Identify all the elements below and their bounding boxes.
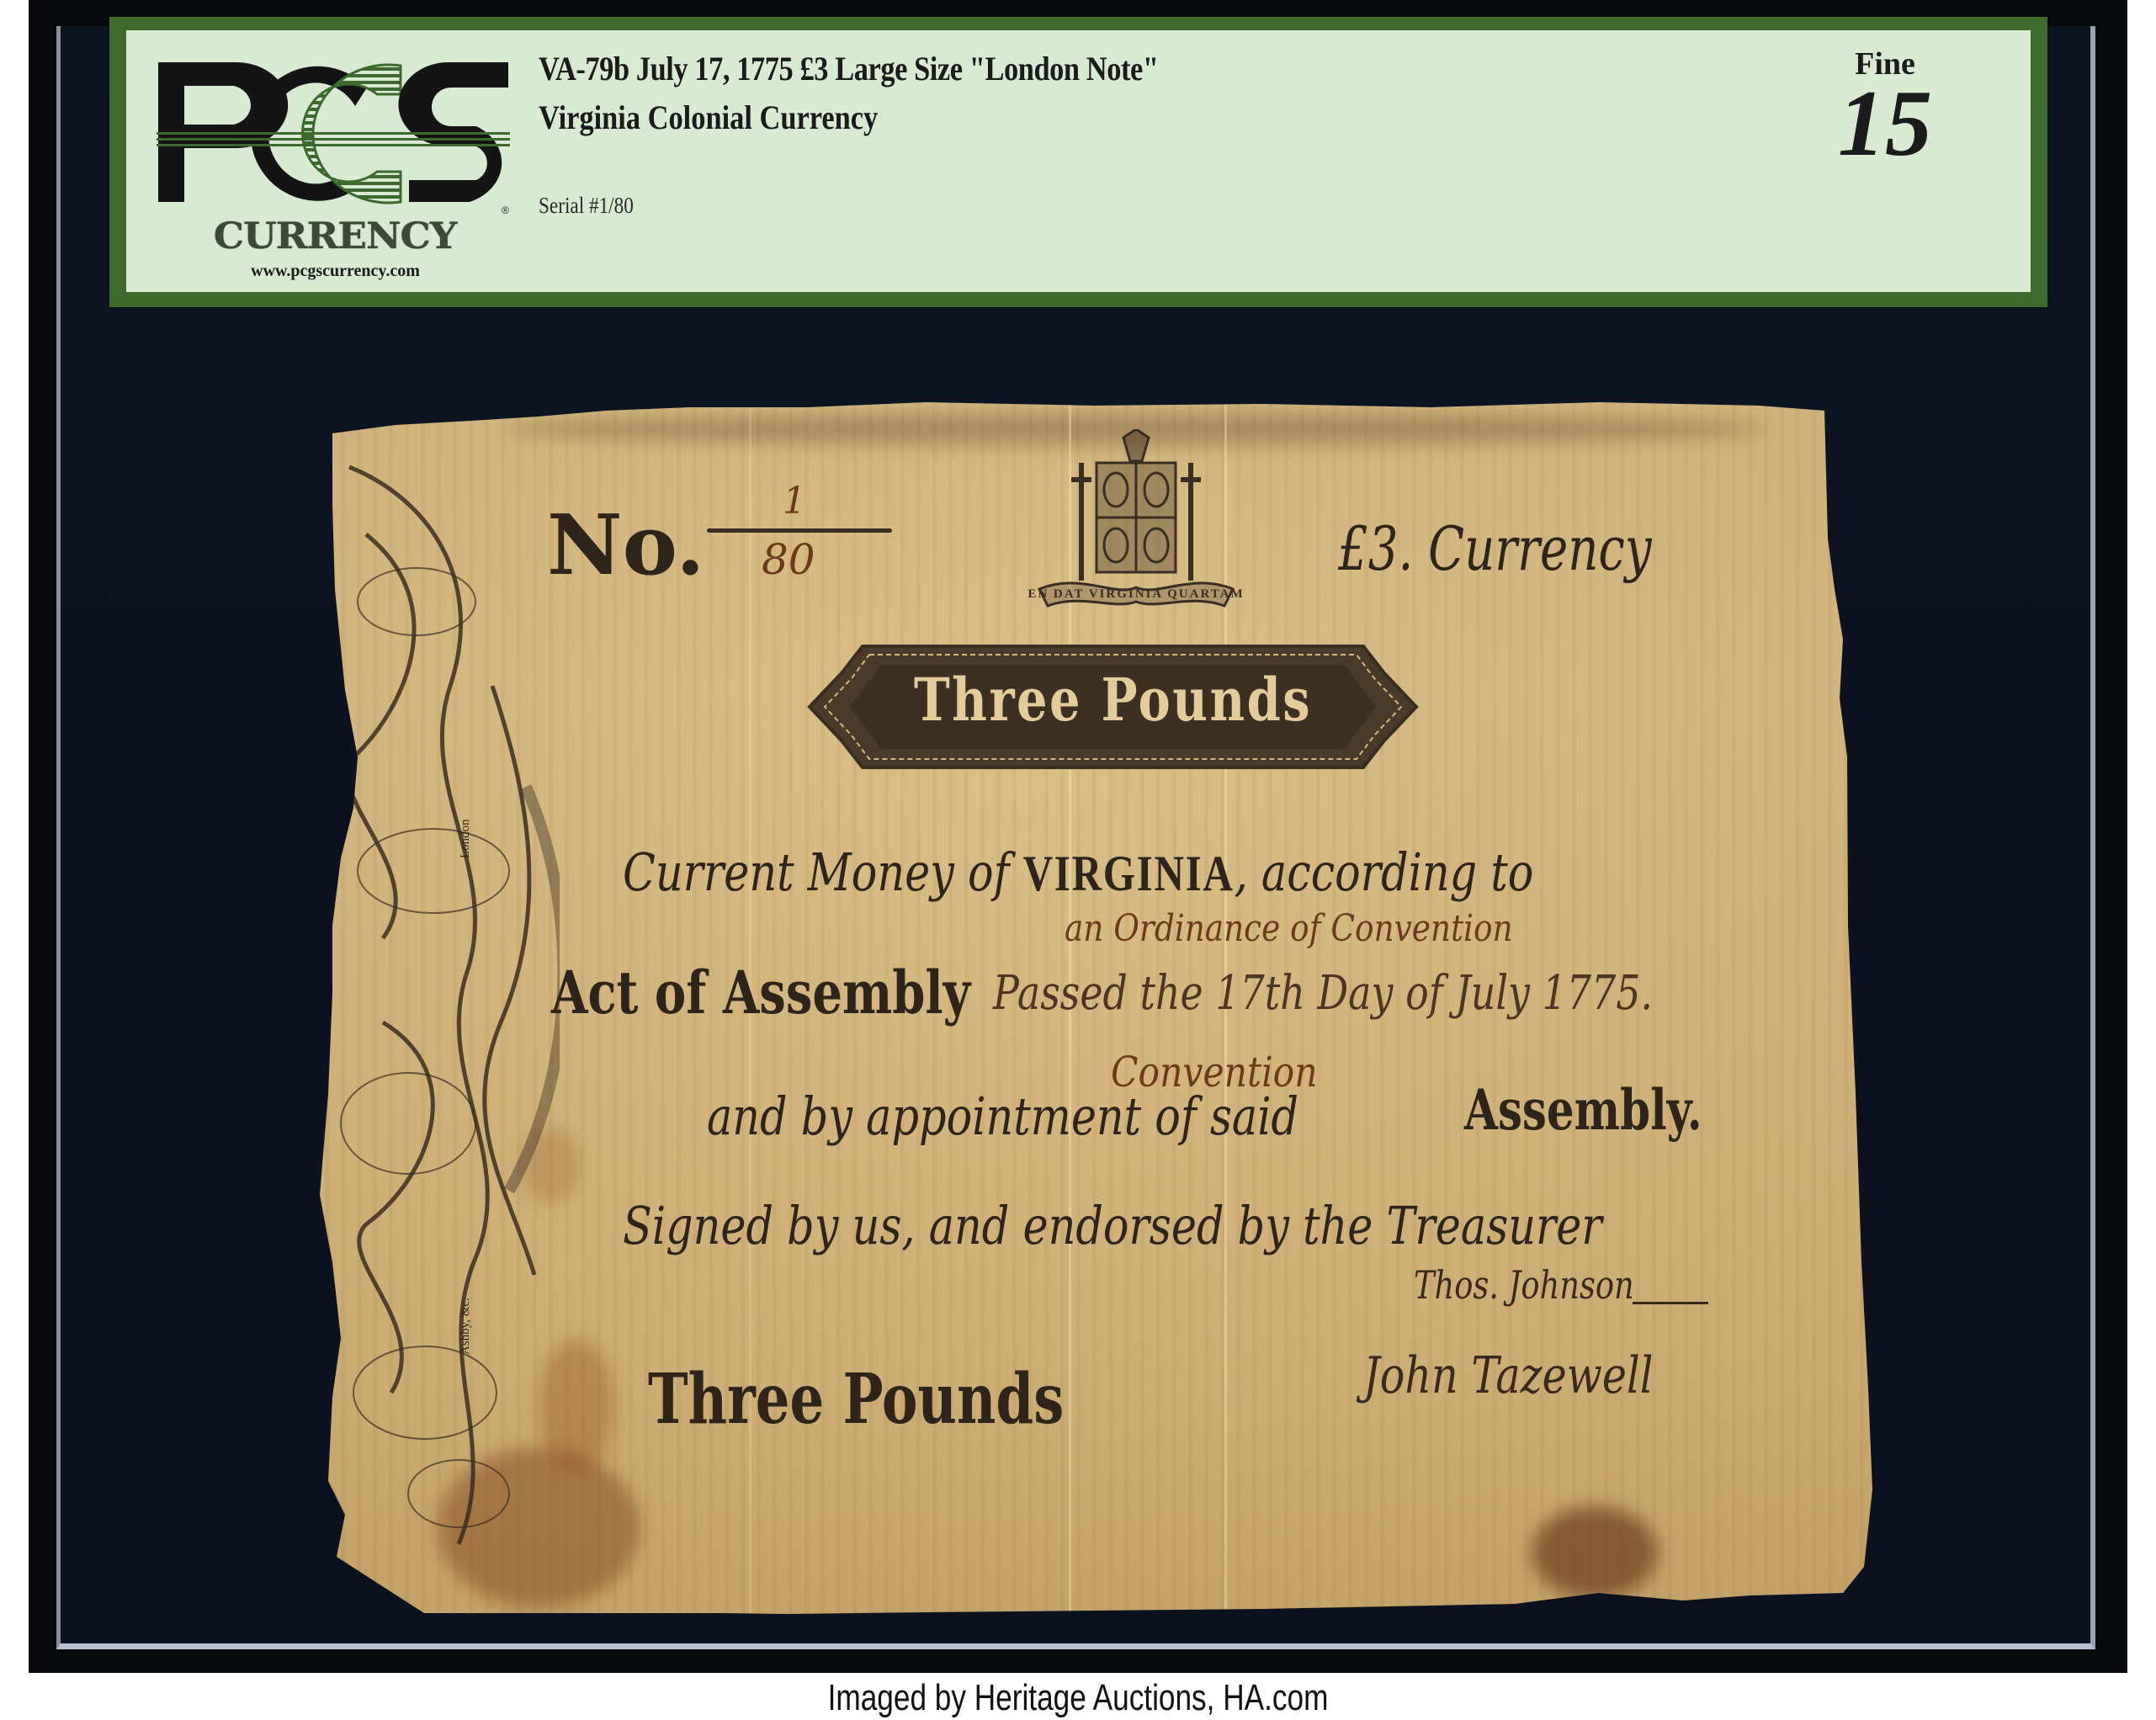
note-catalog-title: VA-79b July 17, 1775 £3 Large Size "Lond… xyxy=(539,49,1158,88)
grading-label-panel: ® CURRENCY www.pcgscurrency.com VA-79b J… xyxy=(126,30,2031,292)
pcgs-currency-logo: ® CURRENCY www.pcgscurrency.com xyxy=(157,54,514,281)
svg-text:®: ® xyxy=(502,204,509,216)
grading-label: ® CURRENCY www.pcgscurrency.com VA-79b J… xyxy=(109,17,2047,307)
image-credit-caption: Imaged by Heritage Auctions, HA.com xyxy=(215,1677,1941,1719)
note-category: Virginia Colonial Currency xyxy=(539,98,878,137)
logo-url: www.pcgscurrency.com xyxy=(157,262,514,281)
logo-currency-wordmark: CURRENCY xyxy=(147,215,522,257)
grade-number: 15 xyxy=(1792,77,1978,171)
pcgs-logo-icon: ® xyxy=(157,54,514,222)
note-serial: Serial #1/80 xyxy=(539,193,634,219)
